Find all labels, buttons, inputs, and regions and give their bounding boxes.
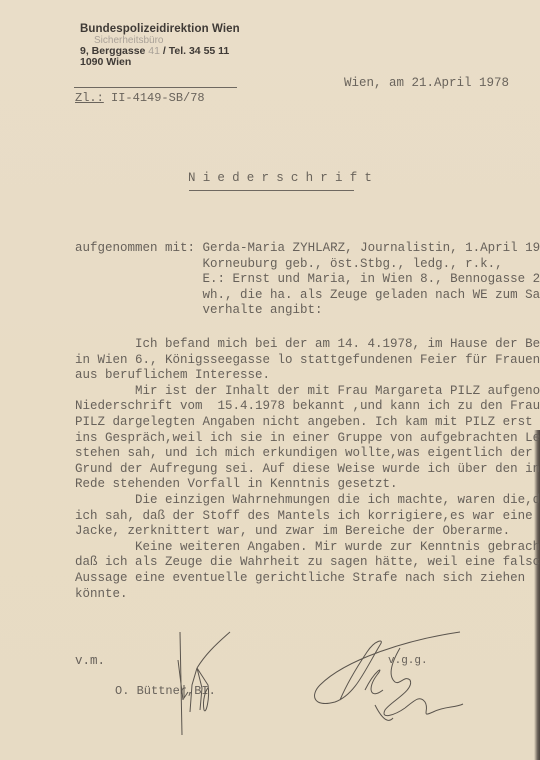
- body-line: daß ich als Zeuge die Wahrheit zu sagen …: [75, 555, 540, 571]
- document-title: Niederschrift: [188, 171, 379, 185]
- header-label: aufgenommen mit:: [75, 241, 195, 255]
- body-line: Mir ist der Inhalt der mit Frau Margaret…: [75, 384, 540, 400]
- witness-header: aufgenommen mit: Gerda-Maria ZYHLARZ, Jo…: [75, 241, 540, 319]
- body-line: ins Gespräch,weil ich sie in einer Grupp…: [75, 431, 540, 447]
- official-name: O. Büttner,BI.: [115, 684, 216, 698]
- document-page: Bundespolizeidirektion Wien Sicherheitsb…: [0, 0, 540, 760]
- body-line: in Wien 6., Königsseegasse lo stattgefun…: [75, 353, 540, 369]
- place-date: Wien, am 21.April 1978: [344, 76, 509, 90]
- body-line: Ich befand mich bei der am 14. 4.1978, i…: [75, 337, 540, 353]
- statement-body: Ich befand mich bei der am 14. 4.1978, i…: [75, 337, 540, 602]
- body-line: könnte.: [75, 587, 540, 603]
- witness-signature-icon: [305, 630, 465, 740]
- body-line: Grund der Aufregung sei. Auf diese Weise…: [75, 462, 540, 478]
- vm-note: v.m.: [75, 654, 105, 670]
- title-underline: [189, 190, 354, 191]
- body-line: Die einzigen Wahrnehmungen die ich macht…: [75, 493, 540, 509]
- body-line: Aussage eine eventuelle gerichtliche Str…: [75, 571, 540, 587]
- letterhead-stamp: Bundespolizeidirektion Wien Sicherheitsb…: [80, 24, 240, 68]
- body-line: Jacke, zerknittert war, und zwar im Bere…: [75, 524, 540, 540]
- body-line: Keine weiteren Angaben. Mir wurde zur Ke…: [75, 540, 540, 556]
- divider: [74, 87, 237, 88]
- body-line: Niederschrift vom 15.4.1978 bekannt ,und…: [75, 399, 540, 415]
- body-line: aus beruflichem Interesse.: [75, 368, 540, 384]
- stamp-authority: Bundespolizeidirektion Wien: [80, 24, 240, 35]
- body-line: stehen sah, und ich mich erkundigen woll…: [75, 446, 540, 462]
- reference-number: Zl.: II-4149-SB/78: [75, 91, 205, 105]
- body-line: Rede stehenden Vorfall in Kenntnis geset…: [75, 477, 540, 493]
- stamp-city: 1090 Wien: [80, 57, 240, 68]
- vgg-note: v.g.g.: [388, 655, 428, 667]
- body-line: PILZ dargelegten Angaben nicht angeben. …: [75, 415, 540, 431]
- body-line: ich sah, daß der Stoff des Mantels ich k…: [75, 509, 540, 525]
